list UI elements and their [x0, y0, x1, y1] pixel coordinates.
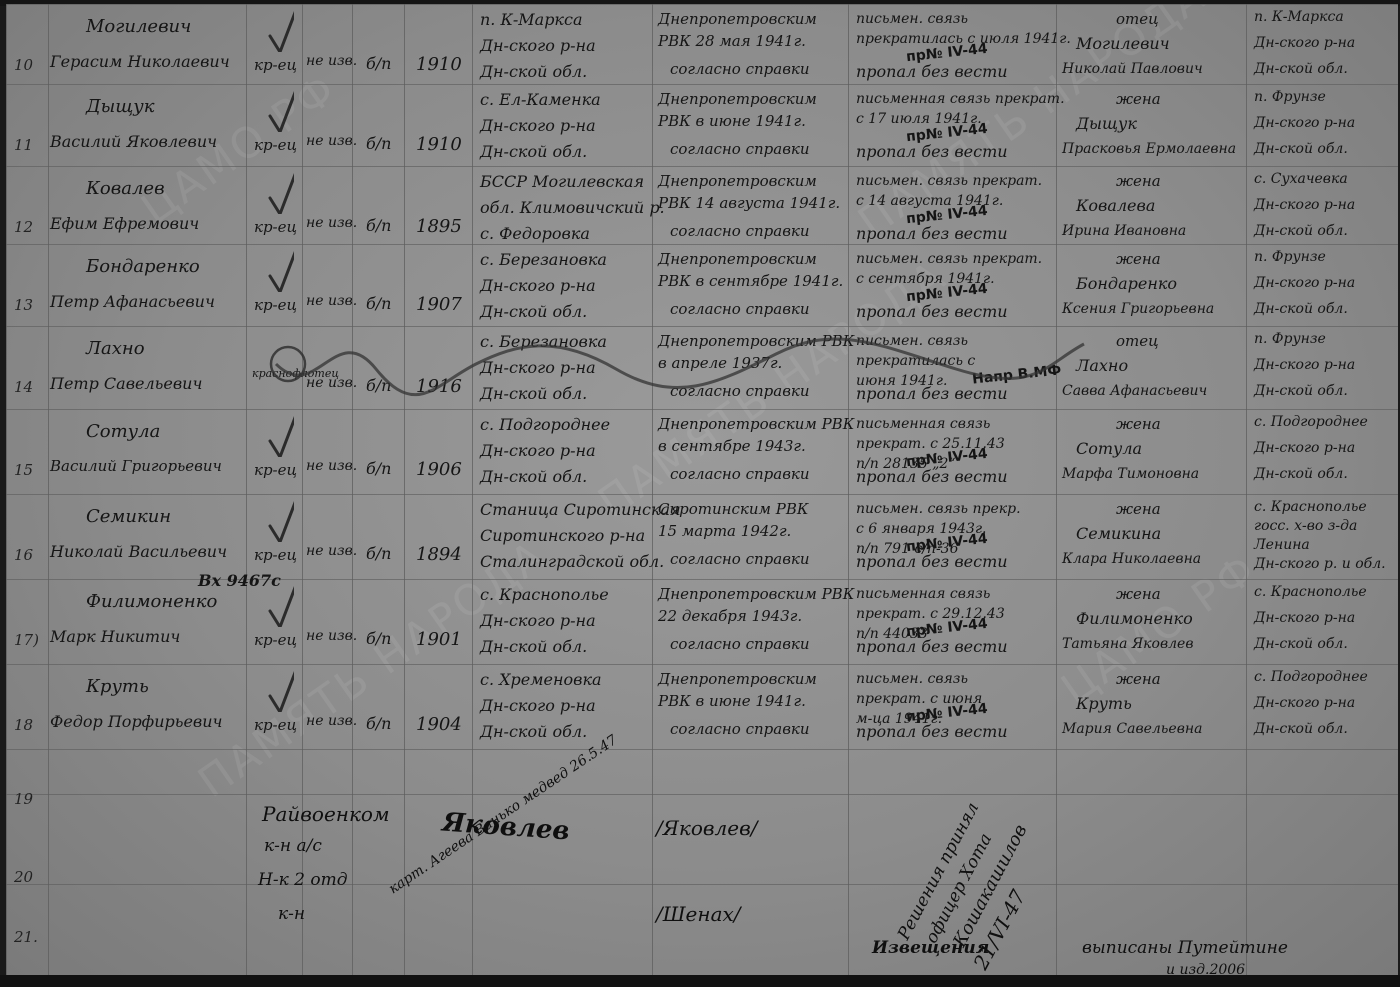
surname: Бондаренко: [86, 258, 200, 276]
birthplace-line: Дн-ского р-на: [480, 613, 596, 629]
basis-note: согласно справки: [670, 637, 810, 652]
checkmark-icon: [268, 170, 294, 214]
relative-role: жена: [1116, 174, 1161, 189]
side-note: карт. Агеева Ванько медвед 26.5.47: [386, 732, 620, 897]
party-membership: не изв.: [306, 544, 357, 558]
relative-surname: Филимоненко: [1076, 611, 1193, 627]
relative-surname: Круть: [1076, 696, 1132, 712]
footer-rank: Н-к 2 отд: [258, 870, 347, 890]
row-divider: [6, 166, 1398, 167]
strikethrough-wave: [256, 324, 1086, 414]
relative-address-line: с. Краснополье: [1254, 500, 1367, 514]
birth-year: 1904: [416, 716, 462, 734]
row-number: 17): [14, 633, 39, 648]
fate-final: пропал без вести: [856, 554, 1008, 570]
birthplace-line: Дн-ского р-на: [480, 698, 596, 714]
relative-surname: Дыщук: [1076, 116, 1137, 132]
checkmark-icon: [268, 88, 294, 132]
rank: кр-ец: [254, 138, 297, 153]
fate-line: письменная связь: [856, 417, 990, 431]
basis-note: согласно справки: [670, 62, 810, 77]
given-names: Василий Григорьевич: [50, 459, 222, 474]
fate-final: пропал без вести: [856, 64, 1008, 80]
given-names: Николай Васильевич: [50, 544, 227, 560]
given-names: Ефим Ефремович: [50, 216, 199, 232]
row-number: 10: [14, 58, 33, 73]
relative-address-line: Дн-ского р-на: [1254, 36, 1355, 50]
fate-final: пропал без вести: [856, 639, 1008, 655]
row-divider: [6, 494, 1398, 495]
birthplace-line: с. Федоровка: [480, 226, 590, 242]
relative-role: жена: [1116, 587, 1161, 602]
draft-office-line: Днепропетровским: [658, 174, 817, 189]
footer-rank: к-н: [278, 904, 305, 924]
draft-office-line: Днепропетровским: [658, 252, 817, 267]
column-divider: [6, 4, 7, 978]
relative-name: Мария Савельевна: [1062, 722, 1202, 736]
row-number: 13: [14, 298, 33, 313]
draft-office-line: 15 марта 1942г.: [658, 524, 791, 539]
relative-address-line: Дн-ской обл.: [1254, 62, 1348, 76]
row-number: 20: [14, 870, 33, 885]
birthplace-line: Дн-ской обл.: [480, 639, 587, 655]
relative-address-line: Дн-ской обл.: [1254, 224, 1348, 238]
relative-role: жена: [1116, 92, 1161, 107]
rank: кр-ец: [254, 463, 297, 478]
surname: Могилевич: [86, 18, 191, 36]
row-divider: [6, 244, 1398, 245]
checkmark-icon: [268, 498, 294, 542]
column-divider: [302, 4, 303, 978]
birthplace-line: Дн-ского р-на: [480, 38, 596, 54]
relative-address-line: п. Фрунзе: [1254, 250, 1326, 264]
relative-name: Николай Павлович: [1062, 62, 1203, 76]
draft-office-line: Днепропетровским: [658, 672, 817, 687]
register-sheet: ЦАМО РФ ПАМЯТЬ НАРОДА ЦАМО РФ ПАМЯТЬ НАР…: [6, 4, 1398, 978]
party-membership: не изв.: [306, 629, 357, 643]
basis-note: согласно справки: [670, 552, 810, 567]
party-membership: не изв.: [306, 459, 357, 473]
relative-address-line: Дн-ского р-на: [1254, 116, 1355, 130]
rank: кр-ец: [254, 220, 297, 235]
column-divider: [652, 4, 653, 978]
education: б/п: [366, 136, 391, 152]
row-number: 11: [14, 138, 33, 153]
row-divider: [6, 794, 1398, 795]
relative-address-line: Дн-ского р-на: [1254, 276, 1355, 290]
relative-address-line: Дн-ского р-на: [1254, 696, 1355, 710]
fate-final: пропал без вести: [856, 304, 1008, 320]
fate-final: пропал без вести: [856, 724, 1008, 740]
basis-note: согласно справки: [670, 302, 810, 317]
surname: Семикин: [86, 508, 171, 526]
column-divider: [1056, 4, 1057, 978]
birthplace-line: Дн-ской обл.: [480, 144, 587, 160]
row-number: 15: [14, 463, 33, 478]
relative-surname: Сотула: [1076, 441, 1142, 457]
relative-address-line: с. Сухачевка: [1254, 172, 1348, 186]
fate-line: письмен. связь прекр.: [856, 502, 1021, 516]
relative-role: жена: [1116, 672, 1161, 687]
relative-address-line: Дн-ского р-на: [1254, 611, 1355, 625]
relative-name: Марфа Тимоновна: [1062, 467, 1199, 481]
fate-line: письменная связь прекрат.: [856, 92, 1065, 106]
relative-address-line: п. Фрунзе: [1254, 90, 1326, 104]
relative-surname: Бондаренко: [1076, 276, 1177, 292]
surname: Ковалев: [86, 180, 165, 198]
fate-line: письмен. связь прекрат.: [856, 252, 1042, 266]
column-divider: [246, 4, 247, 978]
draft-office-line: РВК в сентябре 1941г.: [658, 274, 843, 289]
education: б/п: [366, 56, 391, 72]
birth-year: 1910: [416, 56, 462, 74]
relative-name: Клара Николаевна: [1062, 552, 1201, 566]
notice-text: выписаны Путейтине: [1082, 938, 1288, 958]
notice-label: Извещения: [872, 938, 989, 958]
checkmark-icon: [268, 248, 294, 292]
birth-year: 1907: [416, 296, 462, 314]
checkmark-icon: [268, 413, 294, 457]
education: б/п: [366, 716, 391, 732]
relative-name: Татьяна Яковлев: [1062, 637, 1193, 651]
relative-address-line: Дн-ского р-на: [1254, 358, 1355, 372]
surname: Лахно: [86, 340, 145, 358]
scan-border-bottom: [0, 975, 1400, 987]
row-number: 12: [14, 220, 33, 235]
education: б/п: [366, 631, 391, 647]
rank: кр-ец: [254, 58, 297, 73]
draft-office-line: РВК в июне 1941г.: [658, 114, 806, 129]
birth-year: 1895: [416, 218, 462, 236]
education: б/п: [366, 546, 391, 562]
education: б/п: [366, 296, 391, 312]
draft-office-line: РВК 28 мая 1941г.: [658, 34, 806, 49]
party-membership: не изв.: [306, 714, 357, 728]
birthplace-line: Дн-ского р-на: [480, 118, 596, 134]
given-names: Петр Савельевич: [50, 376, 202, 392]
relative-address-line: Ленина: [1254, 538, 1310, 552]
education: б/п: [366, 461, 391, 477]
fate-line: письмен. связь прекрат.: [856, 174, 1042, 188]
draft-office-line: в сентябре 1943г.: [658, 439, 806, 454]
rank: кр-ец: [254, 718, 297, 733]
relative-name: Ксения Григорьевна: [1062, 302, 1214, 316]
birth-year: 1906: [416, 461, 462, 479]
relative-address-line: с. Краснополье: [1254, 585, 1367, 599]
birthplace-line: с. Хременовка: [480, 672, 602, 688]
rank: кр-ец: [254, 298, 297, 313]
given-names: Герасим Николаевич: [50, 54, 230, 70]
surname: Сотула: [86, 423, 160, 441]
relative-address-line: п. К-Маркса: [1254, 10, 1344, 24]
relative-address-line: Дн-ской обл.: [1254, 722, 1348, 736]
relative-address-line: Дн-ской обл.: [1254, 467, 1348, 481]
column-divider: [404, 4, 405, 978]
column-divider: [48, 4, 49, 978]
given-names: Марк Никитич: [50, 629, 180, 645]
birthplace-line: обл. Климовичский р.: [480, 200, 665, 216]
fate-line: письменная связь: [856, 587, 990, 601]
education: б/п: [366, 218, 391, 234]
checkmark-icon: [268, 668, 294, 712]
surname: Филимоненко: [86, 593, 217, 611]
row-number: 21.: [14, 930, 38, 945]
given-names: Василий Яковлевич: [50, 134, 217, 150]
relative-address-line: Дн-ского р-на: [1254, 441, 1355, 455]
draft-office-line: Днепропетровским: [658, 12, 817, 27]
relative-role: отец: [1116, 12, 1159, 27]
checkmark-icon: [268, 8, 294, 52]
row-divider: [6, 84, 1398, 85]
relative-role: отец: [1116, 334, 1159, 349]
draft-office-line: Днепропетровским РВК: [658, 417, 854, 432]
footer-rank: к-н а/с: [264, 836, 322, 856]
column-divider: [1246, 4, 1247, 978]
fate-line: письмен. связь: [856, 672, 968, 686]
party-membership: не изв.: [306, 134, 357, 148]
relative-address-line: с. Подгороднее: [1254, 415, 1368, 429]
row-divider: [6, 4, 1398, 5]
birthplace-line: Дн-ской обл.: [480, 64, 587, 80]
relative-address-line: с. Подгороднее: [1254, 670, 1368, 684]
birthplace-line: Станица Сиротинская: [480, 502, 681, 518]
birthplace-line: с. Подгороднее: [480, 417, 610, 433]
rank: кр-ец: [254, 548, 297, 563]
row-divider: [6, 749, 1398, 750]
relative-surname: Ковалева: [1076, 198, 1155, 214]
birthplace-line: Сиротинского р-на: [480, 528, 645, 544]
relative-role: жена: [1116, 502, 1161, 517]
relative-address-line: Дн-ского р. и обл.: [1254, 557, 1386, 571]
draft-office-line: РВК в июне 1941г.: [658, 694, 806, 709]
fate-line: письмен. связь: [856, 12, 968, 26]
birthplace-line: БССР Могилевская: [480, 174, 644, 190]
row-divider: [6, 664, 1398, 665]
relative-address-line: Дн-ской обл.: [1254, 302, 1348, 316]
surname: Дыщук: [86, 98, 155, 116]
column-divider: [848, 4, 849, 978]
basis-note: согласно справки: [670, 224, 810, 239]
given-names: Федор Порфирьевич: [50, 714, 223, 730]
birthplace-line: с. Ел-Каменка: [480, 92, 601, 108]
birthplace-line: с. Краснополье: [480, 587, 609, 603]
given-names: Петр Афанасьевич: [50, 294, 215, 310]
surname: Круть: [86, 678, 149, 696]
draft-office-line: Днепропетровским РВК: [658, 587, 854, 602]
relative-address-line: Дн-ской обл.: [1254, 384, 1348, 398]
signatory-name: /Шенах/: [656, 902, 741, 926]
row-number: 16: [14, 548, 33, 563]
fate-final: пропал без вести: [856, 226, 1008, 242]
birthplace-line: Дн-ского р-на: [480, 278, 596, 294]
draft-office-line: Сиротинским РВК: [658, 502, 808, 517]
draft-office-line: 22 декабря 1943г.: [658, 609, 802, 624]
fate-final: пропал без вести: [856, 144, 1008, 160]
birthplace-line: с. Березановка: [480, 252, 607, 268]
incoming-number: Вх 9467с: [198, 573, 281, 589]
basis-note: согласно справки: [670, 142, 810, 157]
rank: кр-ец: [254, 633, 297, 648]
row-divider: [6, 884, 1398, 885]
birthplace-line: Дн-ской обл.: [480, 304, 587, 320]
row-number: 19: [14, 792, 33, 807]
relative-name: Ирина Ивановна: [1062, 224, 1186, 238]
birthplace-line: п. К-Маркса: [480, 12, 582, 28]
birthplace-line: Дн-ского р-на: [480, 443, 596, 459]
relative-address-line: Дн-ской обл.: [1254, 637, 1348, 651]
party-membership: не изв.: [306, 54, 357, 68]
relative-role: жена: [1116, 417, 1161, 432]
birthplace-line: Дн-ской обл.: [480, 469, 587, 485]
birthplace-line: Дн-ской обл.: [480, 724, 587, 740]
relative-name: Прасковья Ермолаевна: [1062, 142, 1236, 156]
column-divider: [352, 4, 353, 978]
relative-surname: Семикина: [1076, 526, 1161, 542]
relative-address-line: госс. х-во з-да: [1254, 519, 1357, 533]
row-number: 18: [14, 718, 33, 733]
draft-office-line: РВК 14 августа 1941г.: [658, 196, 840, 211]
row-number: 14: [14, 380, 33, 395]
watermark: ЦАМО РФ: [1052, 543, 1266, 713]
relative-address-line: Дн-ской обл.: [1254, 142, 1348, 156]
birth-year: 1894: [416, 546, 462, 564]
fate-final: пропал без вести: [856, 469, 1008, 485]
birth-year: 1901: [416, 631, 462, 649]
birth-year: 1910: [416, 136, 462, 154]
footer-title: Райвоенком: [262, 802, 390, 826]
signatory-name: /Яковлев/: [656, 816, 757, 840]
relative-surname: Могилевич: [1076, 36, 1170, 52]
party-membership: не изв.: [306, 294, 357, 308]
party-membership: не изв.: [306, 216, 357, 230]
basis-note: согласно справки: [670, 722, 810, 737]
relative-address-line: Дн-ского р-на: [1254, 198, 1355, 212]
basis-note: согласно справки: [670, 467, 810, 482]
draft-office-line: Днепропетровским: [658, 92, 817, 107]
relative-role: жена: [1116, 252, 1161, 267]
birthplace-line: Сталинградской обл.: [480, 554, 664, 570]
relative-address-line: п. Фрунзе: [1254, 332, 1326, 346]
